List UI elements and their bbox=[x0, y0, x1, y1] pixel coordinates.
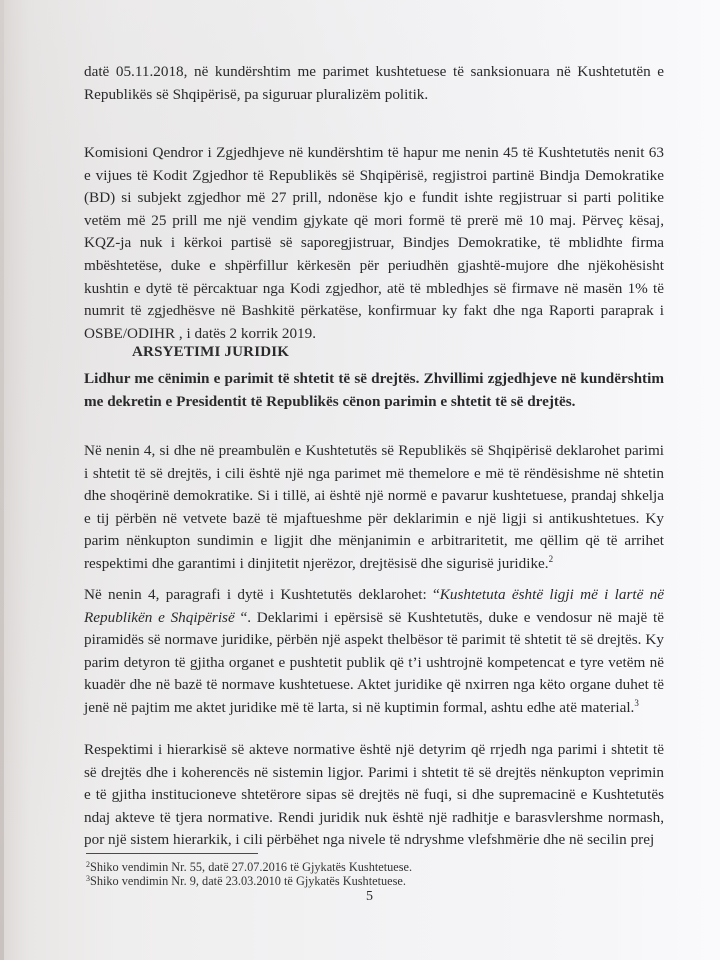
paragraph-constitution-supremacy: Në nenin 4, paragrafi i dytë i Kushtetut… bbox=[84, 584, 664, 720]
footnote-separator bbox=[86, 853, 258, 854]
paper-edge bbox=[0, 0, 4, 960]
paragraph-kqz-registration: Komisioni Qendror i Zgjedhjeve në kundër… bbox=[84, 142, 664, 345]
footnote-item: 3Shiko vendimin Nr. 9, datë 23.03.2010 t… bbox=[86, 874, 586, 888]
section-heading: ARSYETIMI JURIDIK bbox=[132, 341, 289, 364]
footnote-text: Shiko vendimin Nr. 9, datë 23.03.2010 të… bbox=[90, 874, 406, 888]
footnote-item: 2Shiko vendimin Nr. 55, datë 27.07.2016 … bbox=[86, 860, 586, 874]
page-number: 5 bbox=[366, 886, 373, 909]
footnote-ref: 3 bbox=[634, 698, 639, 708]
paragraph-continuation: datë 05.11.2018, në kundërshtim me parim… bbox=[84, 61, 664, 106]
footnote-text: Shiko vendimin Nr. 55, datë 27.07.2016 t… bbox=[90, 860, 412, 874]
paragraph-intro: Në nenin 4, paragrafi i dytë i Kushtetut… bbox=[84, 586, 440, 603]
section-subheading: Lidhur me cënimin e parimit të shtetit t… bbox=[84, 368, 664, 413]
paragraph-text: Në nenin 4, si dhe në preambulën e Kusht… bbox=[84, 442, 664, 572]
paragraph-rule-of-law: Në nenin 4, si dhe në preambulën e Kusht… bbox=[84, 440, 664, 576]
footnote-ref: 2 bbox=[549, 554, 554, 564]
paragraph-hierarchy: Respektimi i hierarkisë së akteve normat… bbox=[84, 739, 664, 852]
footnotes: 2Shiko vendimin Nr. 55, datë 27.07.2016 … bbox=[86, 860, 586, 888]
